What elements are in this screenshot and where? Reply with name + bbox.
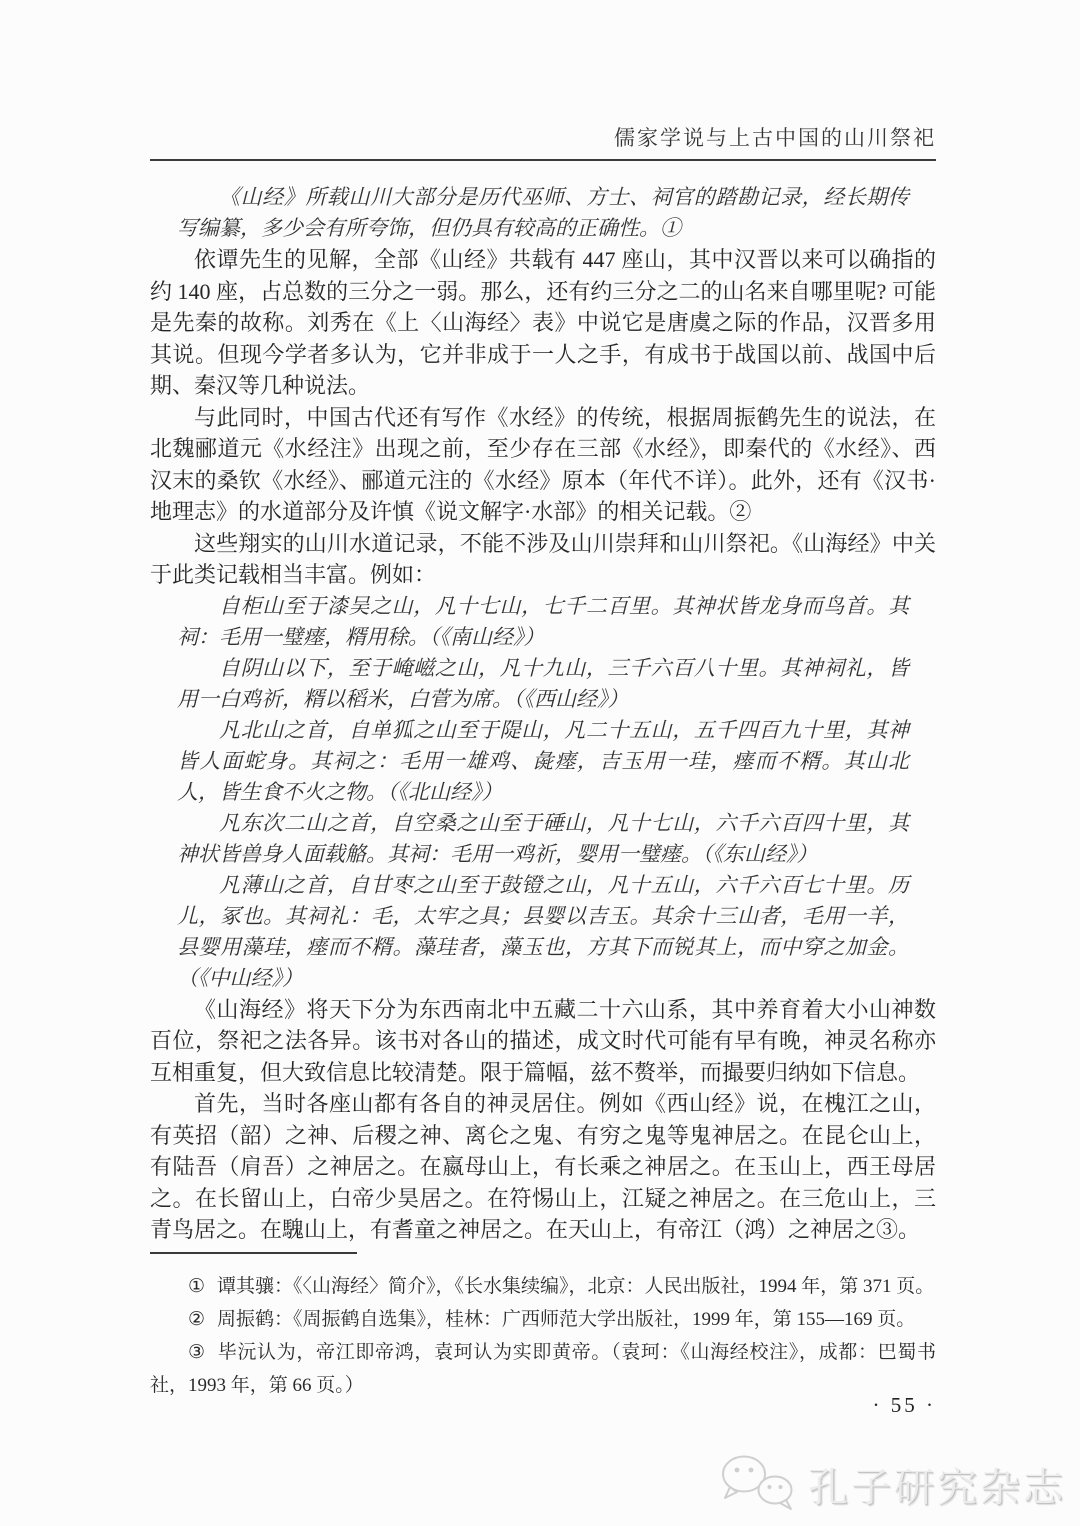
footnote-separator [150,1252,357,1254]
article-body: 《山经》所载山川大部分是历代巫师、方士、祠官的踏勘记录，经长期传写编纂，多少会有… [150,182,936,1244]
quote-paragraph-dongshanjing: 凡东次二山之首，自空桑之山至于硾山，凡十七山，六千六百四十里，其神状皆兽身人面载… [177,808,909,870]
body-paragraph: 依谭先生的见解，全部《山经》共载有 447 座山，其中汉晋以来可以确指的约 14… [150,244,936,402]
body-paragraph: 这些翔实的山川水道记录，不能不涉及山川崇拜和山川祭祀。《山海经》中关于此类记载相… [150,528,936,591]
quote-paragraph-beishanjing: 凡北山之首，自单狐之山至于隄山，凡二十五山，五千四百九十里，其神皆人面蛇身。其祠… [177,715,909,808]
running-head-title: 儒家学说与上古中国的山川祭祀 [150,122,936,161]
footnote-1: ①谭其骧：《〈山海经〉简介》，《长水集续编》，北京：人民出版社，1994 年，第… [150,1270,936,1303]
footnote-1-marker: ① [188,1276,205,1297]
page-number: · 55 · [150,1393,936,1418]
journal-watermark: 孔子研究杂志 [718,1450,1066,1519]
quote-paragraph-xishanjing: 自阴山以下，至于崦嵫之山，凡十九山，三千六百八十里。其神祠礼，皆用一白鸡祈，糈以… [177,653,909,715]
footnote-2: ②周振鹤：《周振鹤自选集》，桂林：广西师范大学出版社，1999 年，第 155—… [150,1303,936,1336]
journal-page: 儒家学说与上古中国的山川祭祀 《山经》所载山川大部分是历代巫师、方士、祠官的踏勘… [0,0,1080,1526]
footnote-1-text: 谭其骧：《〈山海经〉简介》，《长水集续编》，北京：人民出版社，1994 年，第 … [217,1276,934,1297]
quote-paragraph-zhongshanjing: 凡薄山之首，自甘枣之山至于鼓镫之山，凡十五山，六千六百七十里。历儿，冢也。其祠礼… [177,870,909,994]
footnote-3-marker: ③ [188,1342,206,1363]
footnote-2-text: 周振鹤：《周振鹤自选集》，桂林：广西师范大学出版社，1999 年，第 155—1… [217,1309,915,1330]
wechat-logo-icon [718,1450,798,1519]
quote-paragraph-nanshanjing: 自柜山至于漆吴之山，凡十七山，七千二百里。其神状皆龙身而鸟首。其祠：毛用一璧瘗，… [177,591,909,653]
quote-paragraph: 《山经》所载山川大部分是历代巫师、方士、祠官的踏勘记录，经长期传写编纂，多少会有… [177,182,909,244]
footnote-3-text: 毕沅认为，帝江即帝鸿，袁珂认为实即黄帝。（袁珂：《山海经校注》，成都：巴蜀书社，… [150,1342,936,1396]
watermark-text: 孔子研究杂志 [808,1456,1066,1513]
footnote-2-marker: ② [188,1309,205,1330]
footnote-area: ①谭其骧：《〈山海经〉简介》，《长水集续编》，北京：人民出版社，1994 年，第… [150,1252,936,1402]
body-paragraph: 首先，当时各座山都有各自的神灵居住。例如《西山经》说，在槐江之山，有英招（韶）之… [150,1088,936,1244]
body-paragraph: 《山海经》将天下分为东西南北中五藏二十六山系，其中养育着大小山神数百位，祭祀之法… [150,994,936,1089]
body-paragraph: 与此同时，中国古代还有写作《水经》的传统，根据周振鹤先生的说法，在北魏郦道元《水… [150,402,936,528]
